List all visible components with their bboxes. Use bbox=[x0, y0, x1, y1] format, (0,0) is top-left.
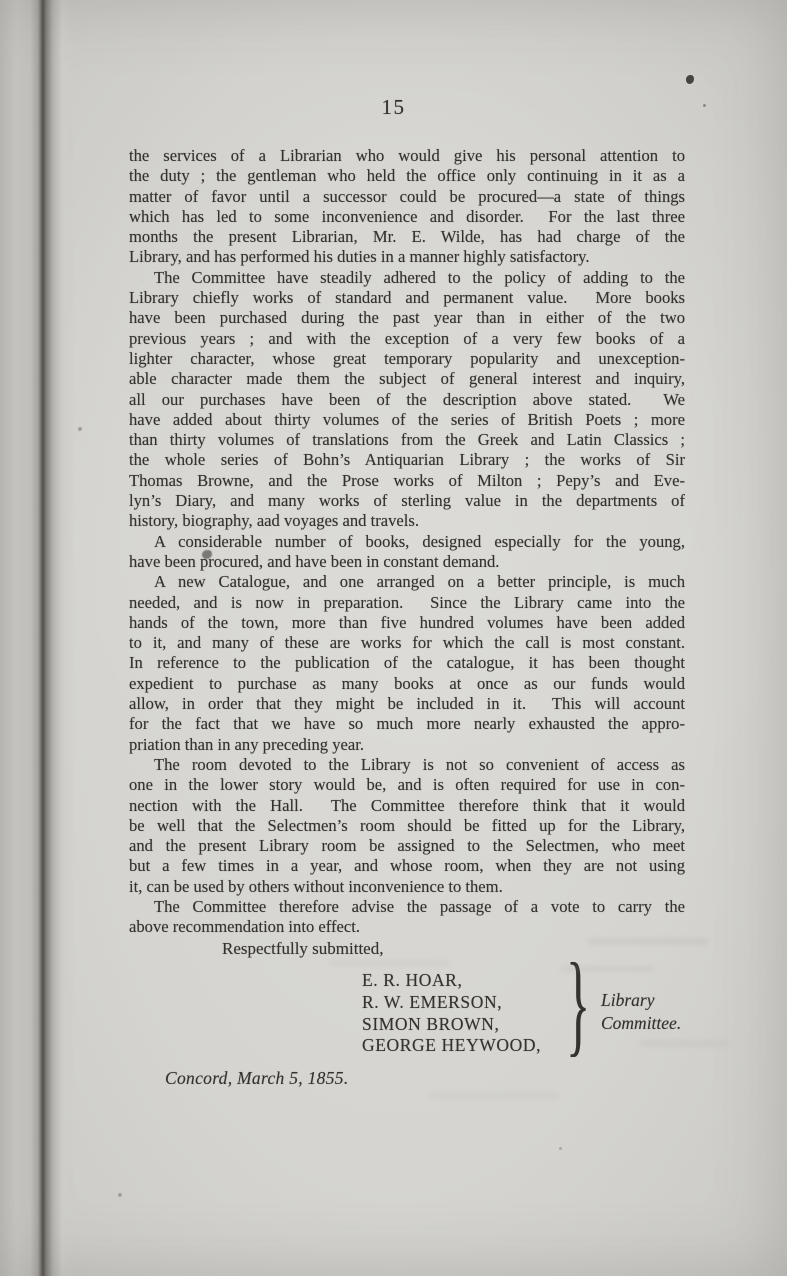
signature-block: E. R. HOAR,R. W. EMERSON,SIMON BROWN,GEO… bbox=[362, 970, 541, 1057]
text-line: above recommendation into effect. bbox=[129, 917, 685, 937]
closing-line: Respectfully submitted, bbox=[222, 939, 383, 959]
text-line: allow, in order that they might be inclu… bbox=[129, 694, 685, 714]
signature-name: GEORGE HEYWOOD, bbox=[362, 1035, 541, 1057]
text-line: to it, and many of these are works for w… bbox=[129, 633, 685, 653]
page-number: 15 bbox=[0, 95, 787, 120]
committee-label: Library Committee. bbox=[601, 989, 711, 1035]
text-line: be well that the Selectmen’s room should… bbox=[129, 816, 685, 836]
text-line: priation than in any preceding year. bbox=[129, 735, 685, 755]
text-line: all our purchases have been of the descr… bbox=[129, 390, 685, 410]
scanned-report-page: 15 the services of a Librarian who would… bbox=[0, 0, 787, 1276]
text-line: A new Catalogue, and one arranged on a b… bbox=[129, 572, 685, 592]
text-line: The Committee therefore advise the passa… bbox=[129, 897, 685, 917]
text-line: The room devoted to the Library is not s… bbox=[129, 755, 685, 775]
text-line: which has led to some inconvenience and … bbox=[129, 207, 685, 227]
text-line: A considerable number of books, designed… bbox=[129, 532, 685, 552]
text-line: needed, and is now in preparation. Since… bbox=[129, 593, 685, 613]
ink-speck bbox=[686, 75, 694, 84]
text-line: the services of a Librarian who would gi… bbox=[129, 146, 685, 166]
text-line: but a few times in a year, and whose roo… bbox=[129, 856, 685, 876]
text-line: lighter character, whose great temporary… bbox=[129, 349, 685, 369]
book-gutter-shadow bbox=[0, 0, 74, 1276]
text-line: matter of favor until a successor could … bbox=[129, 187, 685, 207]
bleed-through-text bbox=[430, 1092, 560, 1099]
text-line: months the present Librarian, Mr. E. Wil… bbox=[129, 227, 685, 247]
text-line: hands of the town, more than five hundre… bbox=[129, 613, 685, 633]
ink-speck bbox=[78, 427, 82, 431]
text-line: have been purchased during the past year… bbox=[129, 308, 685, 328]
signature-name: SIMON BROWN, bbox=[362, 1014, 541, 1036]
text-line: Thomas Browne, and the Prose works of Mi… bbox=[129, 471, 685, 491]
bleed-through-text bbox=[588, 938, 708, 945]
text-line: In reference to the publication of the c… bbox=[129, 653, 685, 673]
text-line: and the present Library room be assigned… bbox=[129, 836, 685, 856]
ink-speck bbox=[559, 1147, 562, 1150]
bleed-through-text bbox=[330, 960, 450, 966]
text-line: have added about thirty volumes of the s… bbox=[129, 410, 685, 430]
text-line: have been procured, and have been in con… bbox=[129, 552, 685, 572]
dateline: Concord, March 5, 1855. bbox=[165, 1068, 349, 1089]
text-line: Library chiefly works of standard and pe… bbox=[129, 288, 685, 308]
text-line: able character made them the subject of … bbox=[129, 369, 685, 389]
text-line: history, biography, aad voyages and trav… bbox=[129, 511, 685, 531]
text-line: than thirty volumes of translations from… bbox=[129, 430, 685, 450]
text-line: one in the lower story would be, and is … bbox=[129, 775, 685, 795]
text-line: the whole series of Bohn’s Antiquarian L… bbox=[129, 450, 685, 470]
report-body: the services of a Librarian who would gi… bbox=[129, 146, 685, 938]
text-line: expedient to purchase as many books at o… bbox=[129, 674, 685, 694]
ink-speck bbox=[118, 1193, 122, 1197]
bleed-through-text bbox=[640, 1040, 730, 1047]
text-line: Library, and has performed his duties in… bbox=[129, 247, 685, 267]
text-line: the duty ; the gentleman who held the of… bbox=[129, 166, 685, 186]
brace-glyph: } bbox=[566, 956, 590, 1051]
text-line: it, can be used by others without inconv… bbox=[129, 877, 685, 897]
text-line: for the fact that we have so much more n… bbox=[129, 714, 685, 734]
text-line: nection with the Hall. The Committee the… bbox=[129, 796, 685, 816]
text-line: previous years ; and with the exception … bbox=[129, 329, 685, 349]
signature-name: R. W. EMERSON, bbox=[362, 992, 541, 1014]
signature-name: E. R. HOAR, bbox=[362, 970, 541, 992]
text-line: The Committee have steadily adhered to t… bbox=[129, 268, 685, 288]
text-line: lyn’s Diary, and many works of sterling … bbox=[129, 491, 685, 511]
